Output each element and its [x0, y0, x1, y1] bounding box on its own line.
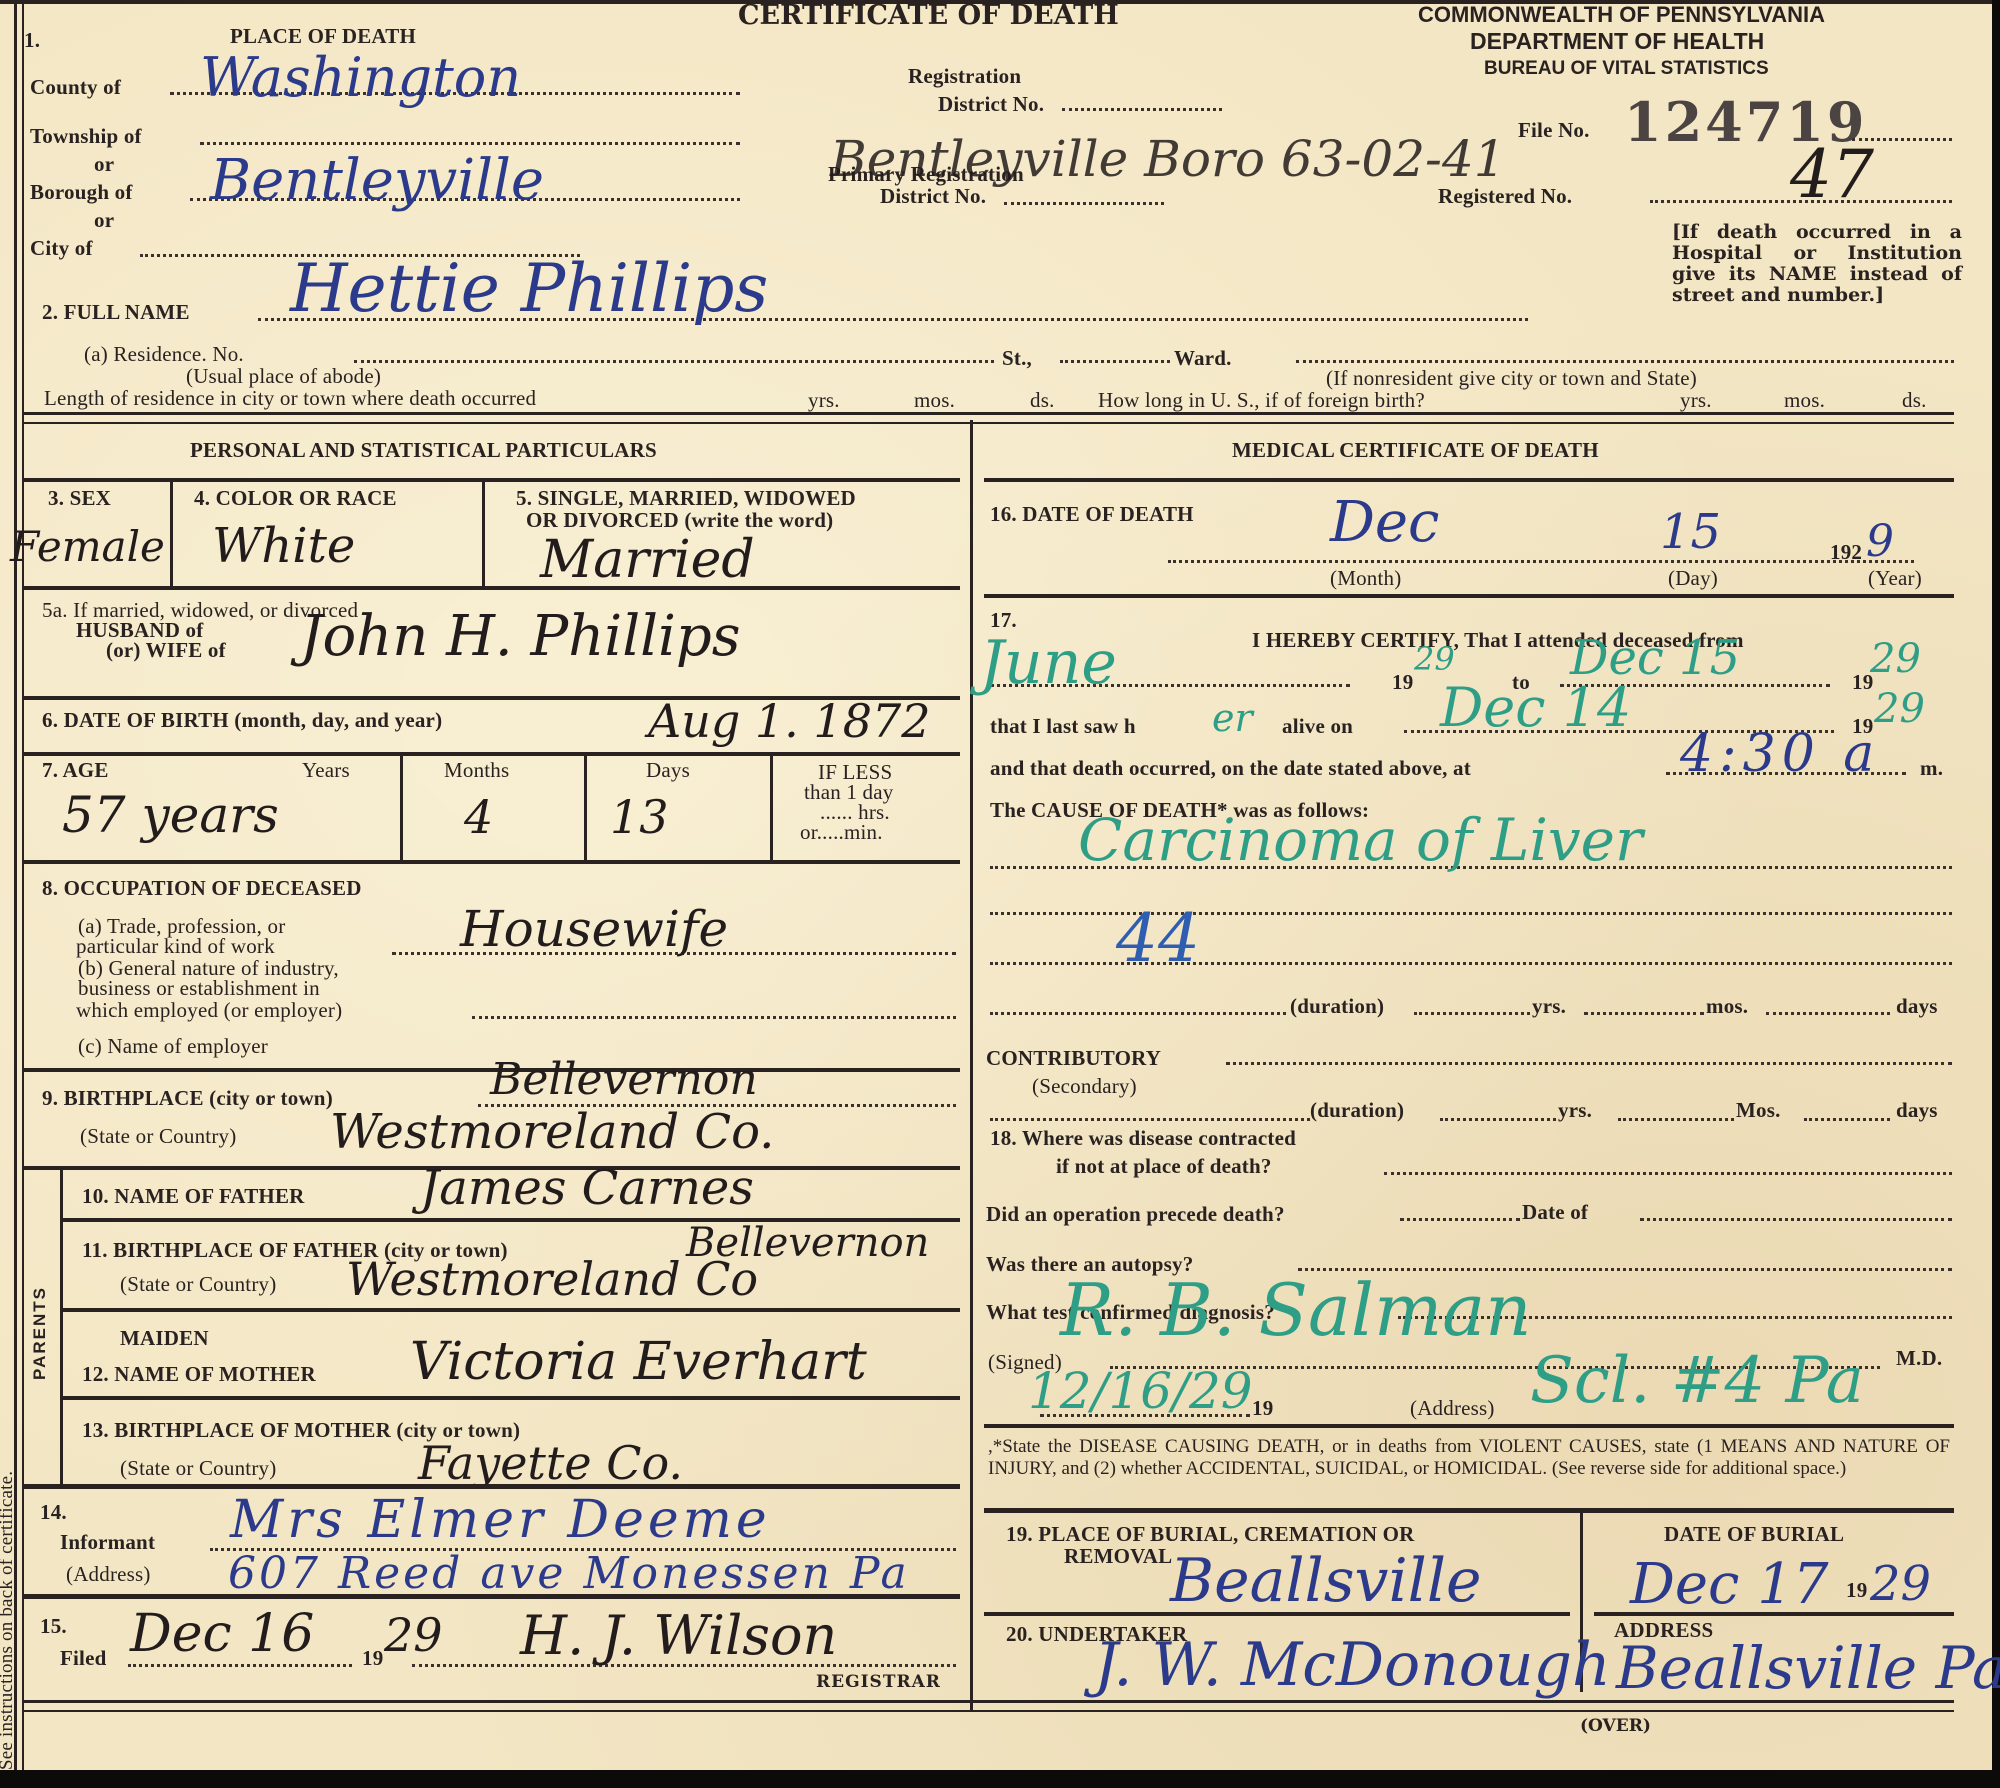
age-months-label: Months: [444, 758, 509, 783]
race-divider: [482, 480, 485, 588]
birthplace-city-value: Bellevernon: [490, 1054, 758, 1105]
mother-bp-state-label: (State or Country): [120, 1456, 276, 1481]
agency-department: DEPARTMENT OF HEALTH: [1470, 28, 1764, 55]
q18-line-1: 18. Where was disease contracted: [990, 1126, 1296, 1151]
dob-value: Aug 1. 1872: [648, 694, 931, 748]
filed-date-value: Dec 16: [130, 1604, 314, 1664]
occurred-label: and that death occurred, on the date sta…: [990, 756, 1471, 781]
duration-days: days: [1896, 994, 1938, 1019]
race-value: White: [212, 518, 355, 574]
registrar-label: REGISTRAR: [816, 1672, 941, 1692]
borough-label: Borough of: [30, 180, 133, 205]
spouse-label-3: (or) WIFE of: [106, 638, 226, 663]
contributory-field[interactable]: [1226, 1062, 1952, 1065]
primary-registration-value: Bentleyville Boro 63-02-41: [830, 130, 1506, 188]
footnote: ,*State the DISEASE CAUSING DEATH, or in…: [988, 1436, 1950, 1480]
cause-line-3[interactable]: [990, 962, 1952, 965]
birthplace-label: 9. BIRTHPLACE (city or town): [42, 1086, 333, 1111]
header-divider: [24, 412, 1954, 424]
filed-year-value: 29: [384, 1608, 443, 1662]
industry-field[interactable]: [472, 1016, 956, 1019]
certificate-title: CERTIFICATE OF DEATH: [738, 0, 1119, 31]
birthplace-state-value: Westmoreland Co.: [330, 1104, 774, 1160]
or-1: or: [94, 152, 114, 177]
contributory-yrs: yrs.: [1558, 1098, 1592, 1123]
row-12-rule: [62, 1396, 960, 1400]
physician-signature: R. B. Salman: [1060, 1268, 1532, 1352]
last-saw-label: that I last saw h: [990, 714, 1136, 739]
mother-bp-state-value: Fayette Co.: [418, 1436, 683, 1490]
age-label: 7. AGE: [42, 758, 109, 783]
filed-year-prefix: 19: [362, 1646, 383, 1671]
father-bp-state-label: (State or Country): [120, 1272, 276, 1297]
year-caption: (Year): [1868, 566, 1922, 591]
filed-date-field[interactable]: [128, 1664, 352, 1667]
length-ds: ds.: [1030, 388, 1055, 413]
time-value: 4:30 a: [1680, 724, 1880, 784]
bottom-divider: [24, 1700, 1954, 1712]
length-yrs: yrs.: [808, 388, 840, 413]
borough-value: Bentleyville: [210, 148, 544, 213]
row-6-rule: [24, 752, 960, 756]
or-2: or: [94, 208, 114, 233]
burial-date-label: DATE OF BURIAL: [1664, 1522, 1844, 1547]
spouse-value: John H. Phillips: [300, 604, 741, 669]
contributory-duration-label: (duration): [1310, 1098, 1404, 1123]
q18-line-2: if not at place of death?: [1056, 1154, 1272, 1179]
last-saw-year-value: 29: [1874, 686, 1925, 732]
physician-address-value: Scl. #4 Pa: [1530, 1344, 1864, 1418]
file-no-label: File No.: [1518, 118, 1590, 143]
over-label: (OVER): [1580, 1716, 1651, 1736]
sex-value: Female: [10, 522, 165, 571]
mother-value: Victoria Everhart: [410, 1332, 867, 1392]
filed-label: Filed: [60, 1646, 107, 1671]
row-14-rule: [24, 1594, 960, 1599]
dob-label: 6. DATE OF BIRTH (month, day, and year): [42, 708, 442, 733]
informant-address-label: (Address): [66, 1562, 151, 1587]
registered-no-label: Registered No.: [1438, 184, 1572, 209]
dod-label: 16. DATE OF DEATH: [990, 502, 1194, 527]
center-divider: [970, 420, 973, 1710]
duration-mos: mos.: [1706, 994, 1748, 1019]
city-label: City of: [30, 236, 93, 261]
street-field[interactable]: [1060, 360, 1170, 363]
disease-contracted-field[interactable]: [1384, 1172, 1952, 1175]
left-border-inner: [22, 0, 24, 1770]
alive-on-label: alive on: [1282, 714, 1353, 739]
parents-label: PARENTS: [30, 1286, 50, 1380]
parents-divider: [60, 1168, 63, 1484]
contributory-yrs-field[interactable]: [1440, 1118, 1556, 1121]
duration-yrs: yrs.: [1532, 994, 1566, 1019]
personal-heading: PERSONAL AND STATISTICAL PARTICULARS: [190, 438, 657, 463]
last-saw-pronoun: er: [1212, 696, 1253, 740]
how-long-us-label: How long in U. S., if of foreign birth?: [1098, 388, 1425, 413]
marital-value: Married: [540, 530, 755, 590]
secondary-label: (Secondary): [1032, 1074, 1137, 1099]
signed-date-value: 12/16/29: [1028, 1362, 1253, 1420]
dod-year-value: 9: [1866, 516, 1894, 567]
sex-label: 3. SEX: [48, 486, 111, 511]
death-certificate: See instructions on back of certificate.…: [0, 0, 1992, 1770]
day-caption: (Day): [1668, 566, 1718, 591]
ward-field[interactable]: [1296, 360, 1954, 363]
father-bp-state-value: Westmoreland Co: [346, 1252, 758, 1306]
operation-date-field[interactable]: [1640, 1218, 1952, 1221]
m-label: m.: [1920, 756, 1943, 781]
burial-year-prefix: 19: [1846, 1578, 1867, 1603]
informant-address-value: 607 Reed ave Monessen Pa: [228, 1548, 910, 1599]
cause-code-value: 44: [1116, 900, 1200, 977]
contributory-days: days: [1896, 1098, 1938, 1123]
duration-mos-field[interactable]: [1584, 1012, 1704, 1015]
agency-commonwealth: COMMONWEALTH OF PENNSYLVANIA: [1418, 2, 1825, 28]
age-divider-2: [584, 754, 587, 862]
father-label: 10. NAME OF FATHER: [82, 1184, 305, 1209]
age-divider-1: [400, 754, 403, 862]
row-7-rule: [24, 860, 960, 864]
medical-heading-rule: [984, 478, 1954, 482]
physician-address-label: (Address): [1410, 1396, 1495, 1421]
contributory-mos-field[interactable]: [1618, 1118, 1734, 1121]
contributory-label: CONTRIBUTORY: [986, 1046, 1161, 1071]
burial-label-2: REMOVAL: [1064, 1544, 1172, 1569]
contributory-duration-field[interactable]: [990, 1118, 1310, 1121]
residence-field[interactable]: [354, 360, 994, 363]
ward-label: Ward.: [1174, 346, 1232, 371]
medical-heading: MEDICAL CERTIFICATE OF DEATH: [1232, 438, 1599, 463]
duration-yrs-field[interactable]: [1414, 1012, 1530, 1015]
duration-field[interactable]: [990, 1012, 1286, 1015]
contributory-mos: Mos.: [1736, 1098, 1781, 1123]
primary-district-field[interactable]: [1004, 202, 1164, 205]
burial-date-value: Dec 17: [1630, 1552, 1828, 1617]
sex-divider: [170, 480, 173, 588]
footnote-rule: [984, 1508, 1954, 1513]
birthplace-state-label: (State or Country): [80, 1124, 236, 1149]
md-label: M.D.: [1896, 1346, 1942, 1371]
attended-from-value: June: [980, 628, 1117, 698]
street-label: St.,: [1002, 346, 1032, 371]
occupation-heading: 8. OCCUPATION OF DECEASED: [42, 876, 362, 901]
burial-year-value: 29: [1870, 1556, 1931, 1612]
father-value: James Carnes: [420, 1160, 754, 1216]
us-mos: mos.: [1784, 388, 1825, 413]
length-mos: mos.: [914, 388, 955, 413]
occ-c: (c) Name of employer: [78, 1034, 268, 1059]
cause-value: Carcinoma of Liver: [1078, 806, 1643, 874]
length-residence-label: Length of residence in city or town wher…: [44, 386, 536, 411]
undertaker-address-value: Beallsville Pa: [1616, 1634, 2000, 1702]
dod-field[interactable]: [1168, 560, 1914, 563]
age-days-value: 13: [610, 790, 669, 844]
us-ds: ds.: [1902, 388, 1927, 413]
duration-label: (duration): [1290, 994, 1384, 1019]
row-11-rule: [62, 1308, 960, 1312]
registration-label: Registration: [908, 64, 1021, 89]
county-label: County of: [30, 75, 121, 100]
hospital-note: [If death occurred in a Hospital or Inst…: [1672, 222, 1962, 306]
district-no-label: District No.: [938, 92, 1044, 117]
district-no-field[interactable]: [1062, 108, 1222, 111]
filed-number: 15.: [40, 1614, 67, 1639]
signature-rule: [984, 1424, 1954, 1428]
dod-day-value: 15: [1660, 504, 1721, 560]
dod-month-value: Dec: [1330, 490, 1439, 555]
last-saw-date-value: Dec 14: [1440, 676, 1631, 739]
month-caption: (Month): [1330, 566, 1401, 591]
less-label-4: or.....min.: [800, 820, 883, 845]
us-yrs: yrs.: [1680, 388, 1712, 413]
row-13-rule: [24, 1484, 960, 1489]
row-3-rule: [24, 586, 960, 590]
attended-from-19: 19: [1392, 670, 1413, 695]
full-name-value: Hettie Phillips: [290, 250, 768, 327]
burial-date-rule: [1594, 1612, 1954, 1616]
burial-place-value: Beallsville: [1170, 1546, 1482, 1616]
operation-label: Did an operation precede death?: [986, 1202, 1285, 1227]
row-16-rule: [984, 594, 1954, 598]
age-days-label: Days: [646, 758, 690, 783]
occ-b-3: which employed (or employer): [76, 998, 342, 1023]
dod-year-prefix: 192: [1830, 540, 1862, 565]
margin-note: See instructions on back of certificate.: [0, 1471, 18, 1770]
attended-from-year-value: 29: [1414, 640, 1455, 678]
township-field[interactable]: [200, 142, 740, 145]
burial-place-rule: [984, 1612, 1570, 1616]
township-label: Township of: [30, 124, 142, 149]
race-label: 4. COLOR OR RACE: [194, 486, 397, 511]
signed-year-label: 19: [1252, 1396, 1273, 1421]
full-name-label: 2. FULL NAME: [42, 300, 190, 325]
age-years-label: Years: [302, 758, 350, 783]
age-divider-3: [770, 754, 773, 862]
occupation-value: Housewife: [460, 900, 728, 958]
age-months-value: 4: [464, 790, 493, 844]
contributory-days-field[interactable]: [1804, 1118, 1890, 1121]
duration-days-field[interactable]: [1766, 1012, 1890, 1015]
undertaker-value: J. W. McDonough: [1094, 1630, 1611, 1700]
operation-field[interactable]: [1400, 1218, 1520, 1221]
mother-label: 12. NAME OF MOTHER: [82, 1362, 316, 1387]
agency-bureau: BUREAU OF VITAL STATISTICS: [1484, 58, 1769, 80]
registrar-signature: H. J. Wilson: [520, 1604, 837, 1667]
age-years-value: 57 years: [62, 786, 279, 844]
personal-heading-rule: [24, 478, 960, 482]
informant-label: Informant: [60, 1530, 155, 1555]
item-1-number: 1.: [24, 28, 40, 53]
informant-number: 14.: [40, 1500, 67, 1525]
date-of-label: Date of: [1522, 1200, 1588, 1225]
attended-to-year-value: 29: [1870, 636, 1921, 682]
registered-no-value: 47: [1790, 136, 1874, 213]
informant-value: Mrs Elmer Deeme: [230, 1490, 771, 1550]
maiden-label: MAIDEN: [120, 1326, 209, 1351]
county-value: Washington: [200, 46, 521, 109]
